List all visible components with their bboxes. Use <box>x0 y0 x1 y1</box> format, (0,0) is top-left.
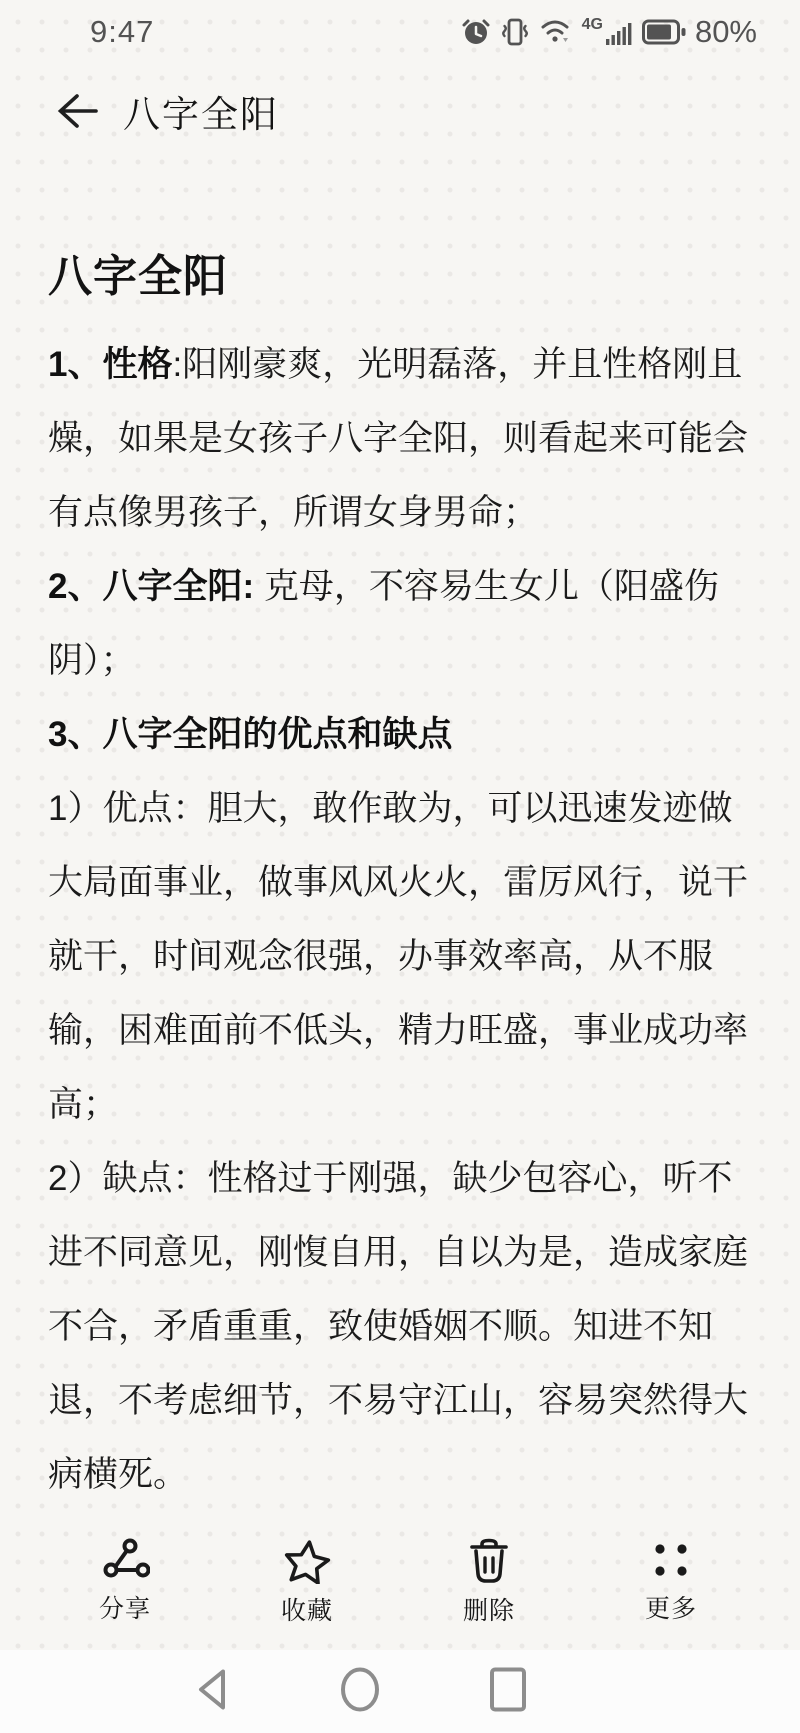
paragraph-2: 2、八字全阳: 克母，不容易生女儿（阳盛伤阴）； <box>48 550 764 698</box>
note-content: 八字全阳 1、性格:阳刚豪爽，光明磊落，并且性格刚且燥，如果是女孩子八字全阳，则… <box>48 240 764 1512</box>
bottom-toolbar: 分享 收藏 删除 <box>34 1538 762 1638</box>
favorite-label: 收藏 <box>281 1591 333 1627</box>
phone-screen: 9:47 <box>0 0 800 1733</box>
nav-back-icon[interactable] <box>194 1666 230 1717</box>
app-header: 八字全阳 <box>0 78 800 144</box>
status-bar: 9:47 <box>0 0 800 58</box>
status-icons: 4G 80% <box>461 14 757 50</box>
network-type-label: 4G <box>582 18 603 32</box>
signal-bars-icon: 4G <box>582 17 633 47</box>
paragraph-1: 1、性格:阳刚豪爽，光明磊落，并且性格刚且燥，如果是女孩子八字全阳，则看起来可能… <box>48 328 764 550</box>
nav-home-icon[interactable] <box>338 1665 382 1718</box>
paragraph-3-lead: 3、八字全阳的优点和缺点 <box>48 715 452 754</box>
battery-percent-label: 80% <box>695 14 757 50</box>
delete-label: 删除 <box>463 1591 515 1627</box>
paragraph-2-lead: 2、八字全阳: <box>48 567 254 606</box>
paragraph-5: 2）缺点：性格过于刚强，缺少包容心，听不进不同意见，刚愎自用，自以为是，造成家庭… <box>48 1142 764 1512</box>
more-label: 更多 <box>645 1589 697 1625</box>
article-heading: 八字全阳 <box>48 240 764 314</box>
wifi-icon <box>539 17 573 47</box>
star-icon <box>281 1538 333 1584</box>
paragraph-4: 1）优点：胆大，敢作敢为，可以迅速发迹做大局面事业，做事风风火火，雷厉风行，说干… <box>48 772 764 1142</box>
paragraph-3-heading: 3、八字全阳的优点和缺点 <box>48 698 764 772</box>
share-button[interactable]: 分享 <box>80 1538 170 1625</box>
status-time: 9:47 <box>90 14 154 50</box>
nav-recents-icon[interactable] <box>488 1665 528 1718</box>
battery-icon <box>642 19 686 45</box>
alarm-icon <box>461 17 491 47</box>
share-label: 分享 <box>99 1589 151 1625</box>
paragraph-1-lead: 1、性格 <box>48 345 172 384</box>
paragraph-5-text: 2）缺点：性格过于刚强，缺少包容心，听不进不同意见，刚愎自用，自以为是，造成家庭… <box>48 1159 748 1494</box>
more-dots-icon <box>650 1538 692 1582</box>
delete-button[interactable]: 删除 <box>444 1538 534 1627</box>
vibrate-icon <box>500 16 530 48</box>
page-title: 八字全阳 <box>123 84 279 138</box>
trash-icon <box>465 1538 513 1584</box>
android-nav-bar <box>0 1650 800 1733</box>
favorite-button[interactable]: 收藏 <box>262 1538 352 1627</box>
back-arrow-icon[interactable] <box>54 89 100 133</box>
paragraph-4-text: 1）优点：胆大，敢作敢为，可以迅速发迹做大局面事业，做事风风火火，雷厉风行，说干… <box>48 789 748 1124</box>
share-icon <box>100 1538 150 1582</box>
more-button[interactable]: 更多 <box>626 1538 716 1625</box>
